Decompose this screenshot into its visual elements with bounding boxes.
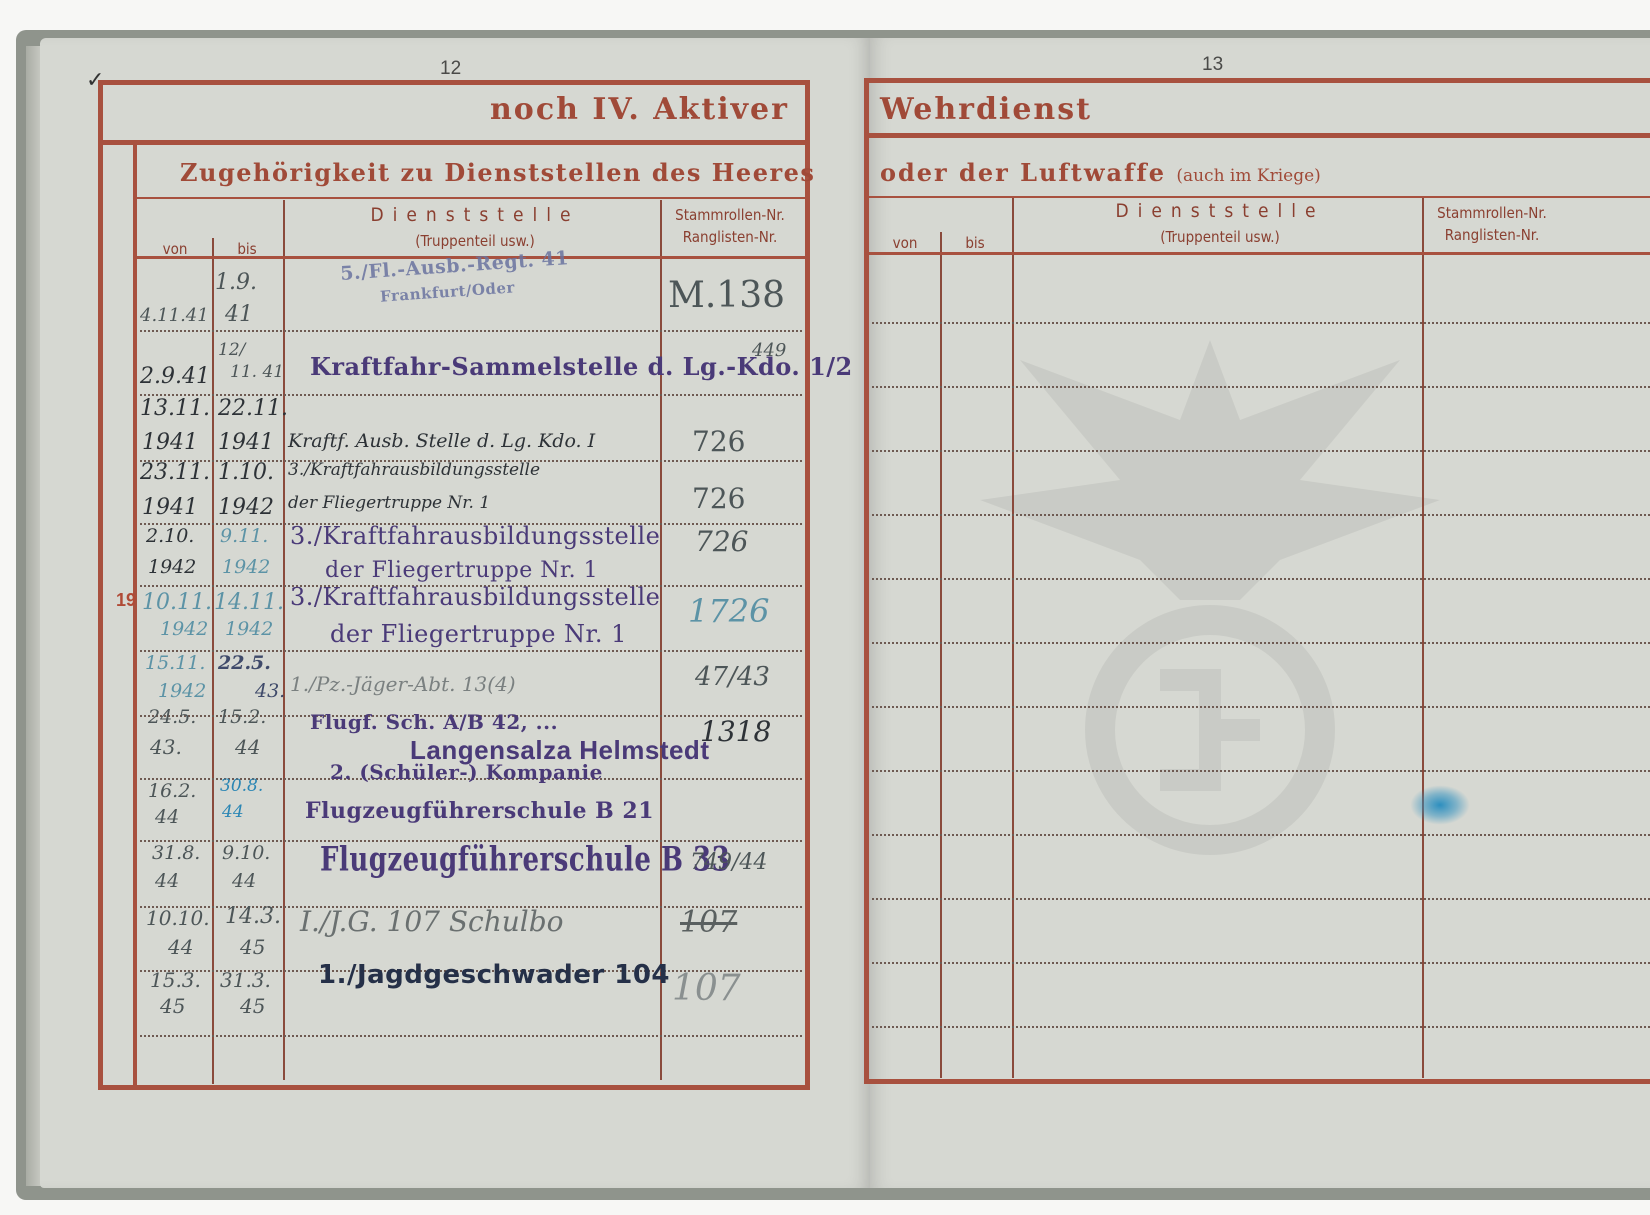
row-bis: 1942	[218, 495, 274, 520]
row-bis: 1942	[225, 618, 273, 640]
row-dienststelle: Flugzeugführerschule B 33	[320, 841, 730, 880]
col-rule-1	[1012, 198, 1014, 1078]
row-line	[872, 578, 1650, 580]
row-von: 44	[168, 935, 193, 959]
row-dienststelle: 1./Pz.-Jäger-Abt. 13(4)	[290, 672, 516, 696]
row-bis: 9.11.	[220, 525, 268, 547]
row-line	[872, 322, 1650, 324]
header-rule	[869, 196, 1650, 198]
col-rule-2	[660, 200, 662, 1080]
row-von: 2.10.	[146, 525, 194, 547]
col-rule-2	[1422, 198, 1424, 1078]
row-bis: 1.10.	[218, 460, 274, 485]
row-nr-struck: 107	[680, 905, 737, 940]
left-page-subtitle: Zugehörigkeit zu Dienststellen des Heere…	[180, 158, 815, 187]
row-von: 15.11.	[145, 652, 205, 674]
row-von: 10.10.	[146, 906, 210, 930]
right-page-subtitle: oder der Luftwaffe (auch im Kriege)	[880, 158, 1321, 187]
col-dienststelle: Dienststelle	[1020, 200, 1420, 222]
col-nr-2: Ranglisten-Nr.	[660, 226, 800, 248]
row-bis: 44	[235, 735, 260, 759]
row-line	[872, 386, 1650, 388]
row-bis: 44	[222, 802, 244, 822]
title-divider	[98, 140, 810, 145]
row-von: 1942	[158, 680, 206, 702]
title-divider	[864, 133, 1650, 138]
row-dienststelle: der Fliegertruppe Nr. 1	[330, 620, 627, 648]
row-nr: 1318	[700, 715, 771, 748]
row-line	[872, 1026, 1650, 1028]
row-dienststelle: 3./Kraftfahrausbildungsstelle	[288, 460, 540, 480]
row-von: 24.5.	[148, 706, 196, 728]
row-von: 45	[160, 994, 185, 1018]
page-number-left: 12	[440, 58, 461, 80]
row-dienststelle: I./J.G. 107 Schulbo	[300, 905, 564, 938]
row-nr: M.138	[668, 275, 785, 316]
row-bis: 12/	[218, 340, 245, 360]
header-rule	[137, 197, 805, 199]
col-rule-1	[283, 200, 285, 1080]
right-page-title: Wehrdienst	[880, 92, 1092, 127]
row-von: 1942	[148, 556, 196, 578]
col-dienststelle: Dienststelle	[290, 204, 660, 226]
row-von: 44	[155, 806, 179, 828]
row-dienststelle: 3./Kraftfahrausbildungsstelle	[290, 522, 660, 550]
row-von: 31.8.	[152, 842, 200, 864]
row-line	[872, 834, 1650, 836]
row-bis: 1941	[218, 430, 274, 455]
header-bottom-rule	[869, 252, 1650, 255]
row-line	[872, 770, 1650, 772]
row-bis: 1942	[222, 556, 270, 578]
row-bis: 44	[232, 870, 256, 892]
row-bis: 1.9.	[215, 270, 257, 295]
col-rule-vonbis	[212, 259, 214, 1084]
row-nr: 726	[692, 425, 745, 458]
row-bis: 43.	[255, 680, 285, 702]
row-bis: 30.8.	[220, 776, 263, 796]
col-bis: bis	[950, 234, 1000, 252]
ink-blot	[1410, 785, 1470, 825]
row-bis: 22.11.	[218, 396, 288, 421]
row-dienststelle: der Fliegertruppe Nr. 1	[325, 558, 598, 583]
row-line	[872, 962, 1650, 964]
row-nr: 47/43	[695, 662, 770, 692]
row-bis: 45	[240, 994, 265, 1018]
col-dienststelle-sub: (Truppenteil usw.)	[1020, 228, 1420, 246]
row-von: 23.11.	[140, 460, 210, 485]
row-dienststelle: 1./Jagdgeschwader 104	[318, 960, 670, 990]
row-nr: 1726	[688, 592, 769, 630]
row-nr: 449	[752, 340, 786, 361]
row-dienststelle: 3./Kraftfahrausbildungsstelle	[290, 583, 660, 611]
left-page-title: noch IV. Aktiver	[490, 92, 789, 127]
row-nr: 726	[692, 482, 745, 515]
page-number-right: 13	[1202, 54, 1223, 76]
row-nr: 107	[672, 968, 741, 1009]
row-von: 1941	[142, 430, 198, 455]
row-line	[872, 450, 1650, 452]
row-von: 1942	[160, 618, 208, 640]
row-nr: 749/44	[690, 850, 767, 875]
von-bis-divider	[940, 232, 942, 254]
row-line	[872, 514, 1650, 516]
row-dienststelle: Kraftf. Ausb. Stelle d. Lg. Kdo. I	[288, 430, 595, 452]
row-von: 1941	[142, 495, 198, 520]
row-von: 16.2.	[148, 780, 196, 802]
col-dienststelle-sub: (Truppenteil usw.)	[290, 232, 660, 250]
row-dienststelle: Flugzeugführerschule B 21	[305, 798, 654, 824]
margin-rule	[133, 145, 137, 1085]
row-bis: 9.10.	[222, 842, 270, 864]
col-rule-vonbis	[940, 255, 942, 1078]
row-bis: 15.2.	[218, 706, 266, 728]
row-von: 44	[155, 870, 179, 892]
subtitle-note: (auch im Kriege)	[1176, 166, 1320, 186]
row-line	[140, 330, 802, 332]
subtitle-bold: oder der Luftwaffe	[880, 158, 1166, 187]
row-dienststelle: der Fliegertruppe Nr. 1	[288, 493, 490, 513]
row-line	[140, 1035, 802, 1037]
col-nr-1: Stammrollen-Nr.	[1422, 202, 1562, 224]
row-line	[872, 642, 1650, 644]
row-line	[872, 898, 1650, 900]
row-bis: 22.5.	[218, 652, 271, 674]
row-von: 4.11.41	[140, 305, 209, 326]
row-nr: 726	[695, 525, 748, 558]
row-bis: 14.3.	[225, 904, 281, 929]
row-von: 2.9.41	[140, 364, 210, 389]
row-bis: 14.11.	[214, 590, 284, 615]
col-von: von	[880, 234, 930, 252]
row-bis: 41	[225, 302, 253, 327]
col-nr-1: Stammrollen-Nr.	[660, 204, 800, 226]
row-line	[872, 706, 1650, 708]
row-dienststelle: Flugf. Sch. A/B 42, ...	[310, 710, 558, 734]
row-bis: 11. 41	[230, 362, 284, 382]
row-bis: 31.3.	[220, 968, 271, 992]
row-bis: 45	[240, 935, 265, 959]
row-von: 13.11.	[140, 396, 210, 421]
row-von: 43.	[150, 735, 182, 759]
col-nr-2: Ranglisten-Nr.	[1422, 224, 1562, 246]
row-von: 15.3.	[150, 968, 201, 992]
row-von: 10.11.	[142, 590, 212, 615]
row-dienststelle: 2. (Schüler-) Kompanie	[330, 760, 603, 784]
side-marker: 19	[116, 590, 136, 611]
